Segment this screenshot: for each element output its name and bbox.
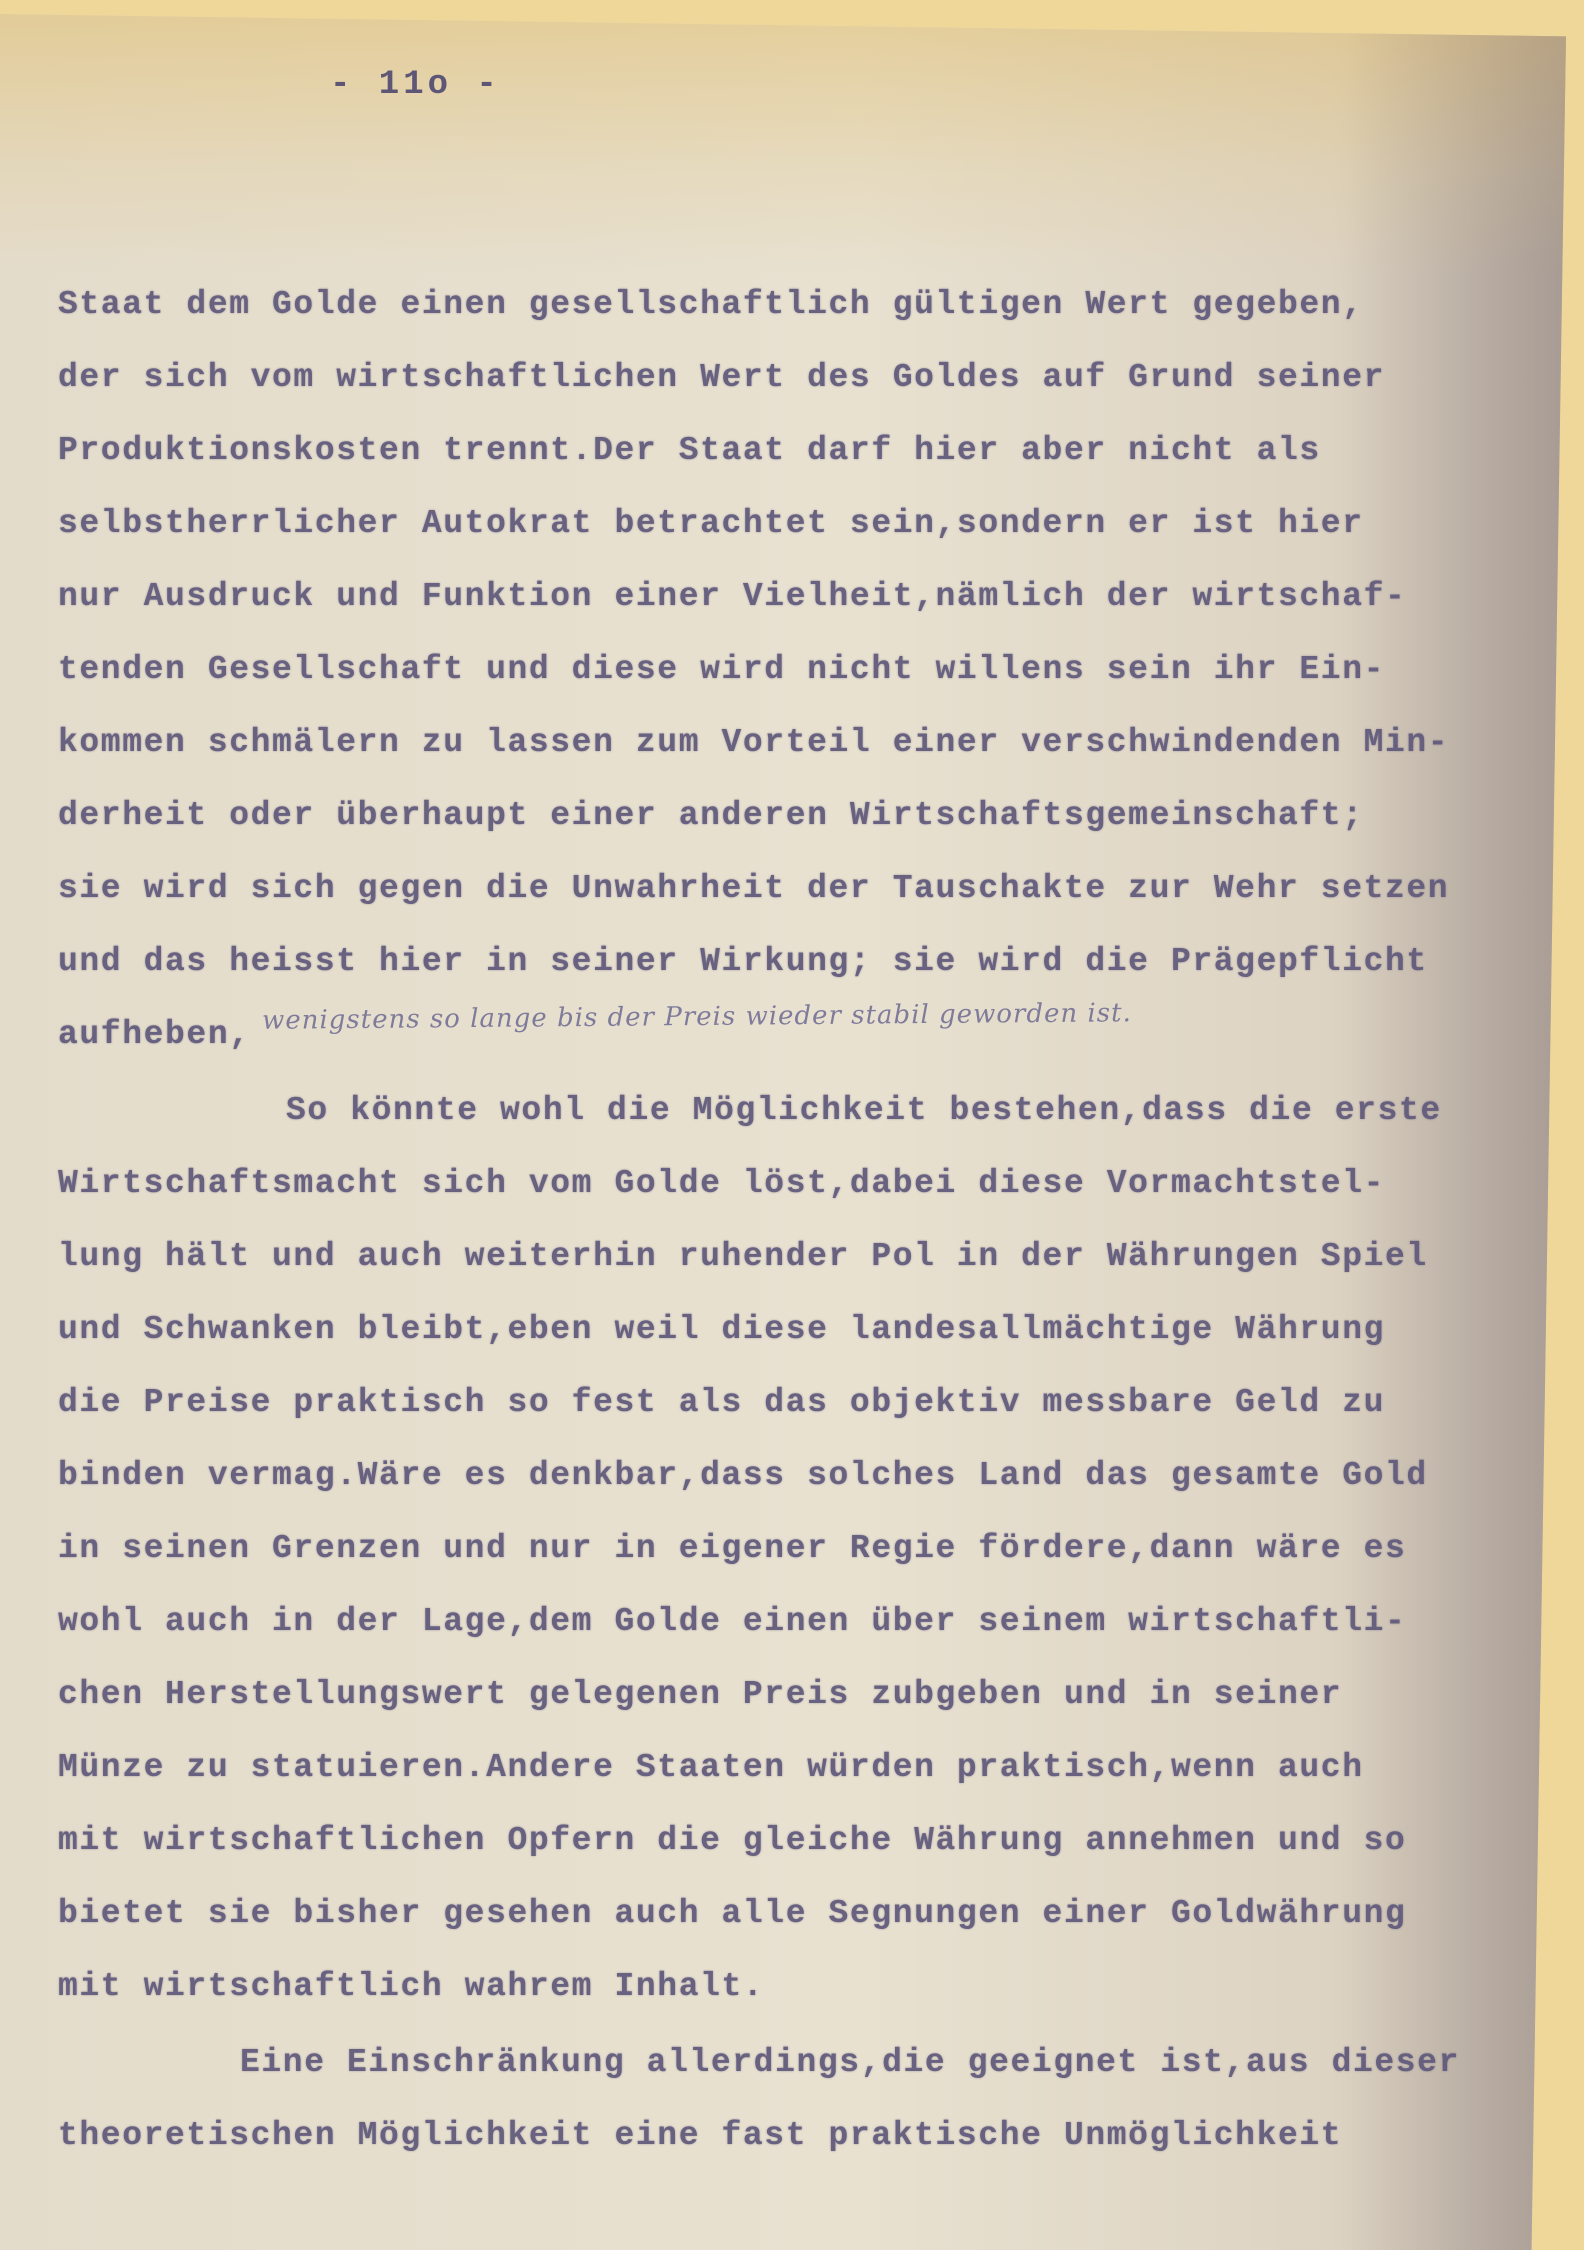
text-line-9: sie wird sich gegen die Unwahrheit der T… — [58, 870, 1449, 907]
text-line-10: und das heisst hier in seiner Wirkung; s… — [58, 943, 1428, 980]
text-line-11: aufheben, — [58, 1016, 251, 1053]
text-line-4: selbstherrlicher Autokrat betrachtet sei… — [58, 505, 1364, 542]
text-line-8: derheit oder überhaupt einer anderen Wir… — [58, 797, 1364, 834]
text-line-14: lung hält und auch weiterhin ruhender Po… — [58, 1238, 1428, 1275]
text-line-21: Münze zu statuieren.Andere Staaten würde… — [58, 1749, 1364, 1786]
handwritten-annotation: wenigstens so lange bis der Preis wieder… — [262, 998, 1132, 1036]
text-line-16: die Preise praktisch so fest als das obj… — [58, 1384, 1385, 1421]
text-line-26: theoretischen Möglichkeit eine fast prak… — [58, 2117, 1342, 2154]
text-line-12: So könnte wohl die Möglichkeit bestehen,… — [286, 1092, 1442, 1129]
text-line-2: der sich vom wirtschaftlichen Wert des G… — [58, 359, 1385, 396]
text-line-25: Eine Einschränkung allerdings,die geeign… — [240, 2044, 1460, 2081]
page-number: - 11o - — [330, 66, 501, 104]
text-line-13: Wirtschaftsmacht sich vom Golde löst,dab… — [58, 1165, 1385, 1202]
text-line-7: kommen schmälern zu lassen zum Vorteil e… — [58, 724, 1449, 761]
document-page: - 11o - Staat dem Golde einen gesellscha… — [0, 14, 1566, 2250]
text-line-5: nur Ausdruck und Funktion einer Vielheit… — [58, 578, 1406, 615]
text-line-24: mit wirtschaftlich wahrem Inhalt. — [58, 1968, 764, 2005]
text-line-17: binden vermag.Wäre es denkbar,dass solch… — [58, 1457, 1428, 1494]
text-line-1: Staat dem Golde einen gesellschaftlich g… — [58, 286, 1364, 323]
text-line-15: und Schwanken bleibt,eben weil diese lan… — [58, 1311, 1385, 1348]
text-line-6: tenden Gesellschaft und diese wird nicht… — [58, 651, 1385, 688]
text-line-23: bietet sie bisher gesehen auch alle Segn… — [58, 1895, 1406, 1932]
text-line-19: wohl auch in der Lage,dem Golde einen üb… — [58, 1603, 1406, 1640]
text-line-18: in seinen Grenzen und nur in eigener Reg… — [58, 1530, 1406, 1567]
text-line-3: Produktionskosten trennt.Der Staat darf … — [58, 432, 1321, 469]
text-line-20: chen Herstellungswert gelegenen Preis zu… — [58, 1676, 1342, 1713]
text-line-22: mit wirtschaftlichen Opfern die gleiche … — [58, 1822, 1406, 1859]
